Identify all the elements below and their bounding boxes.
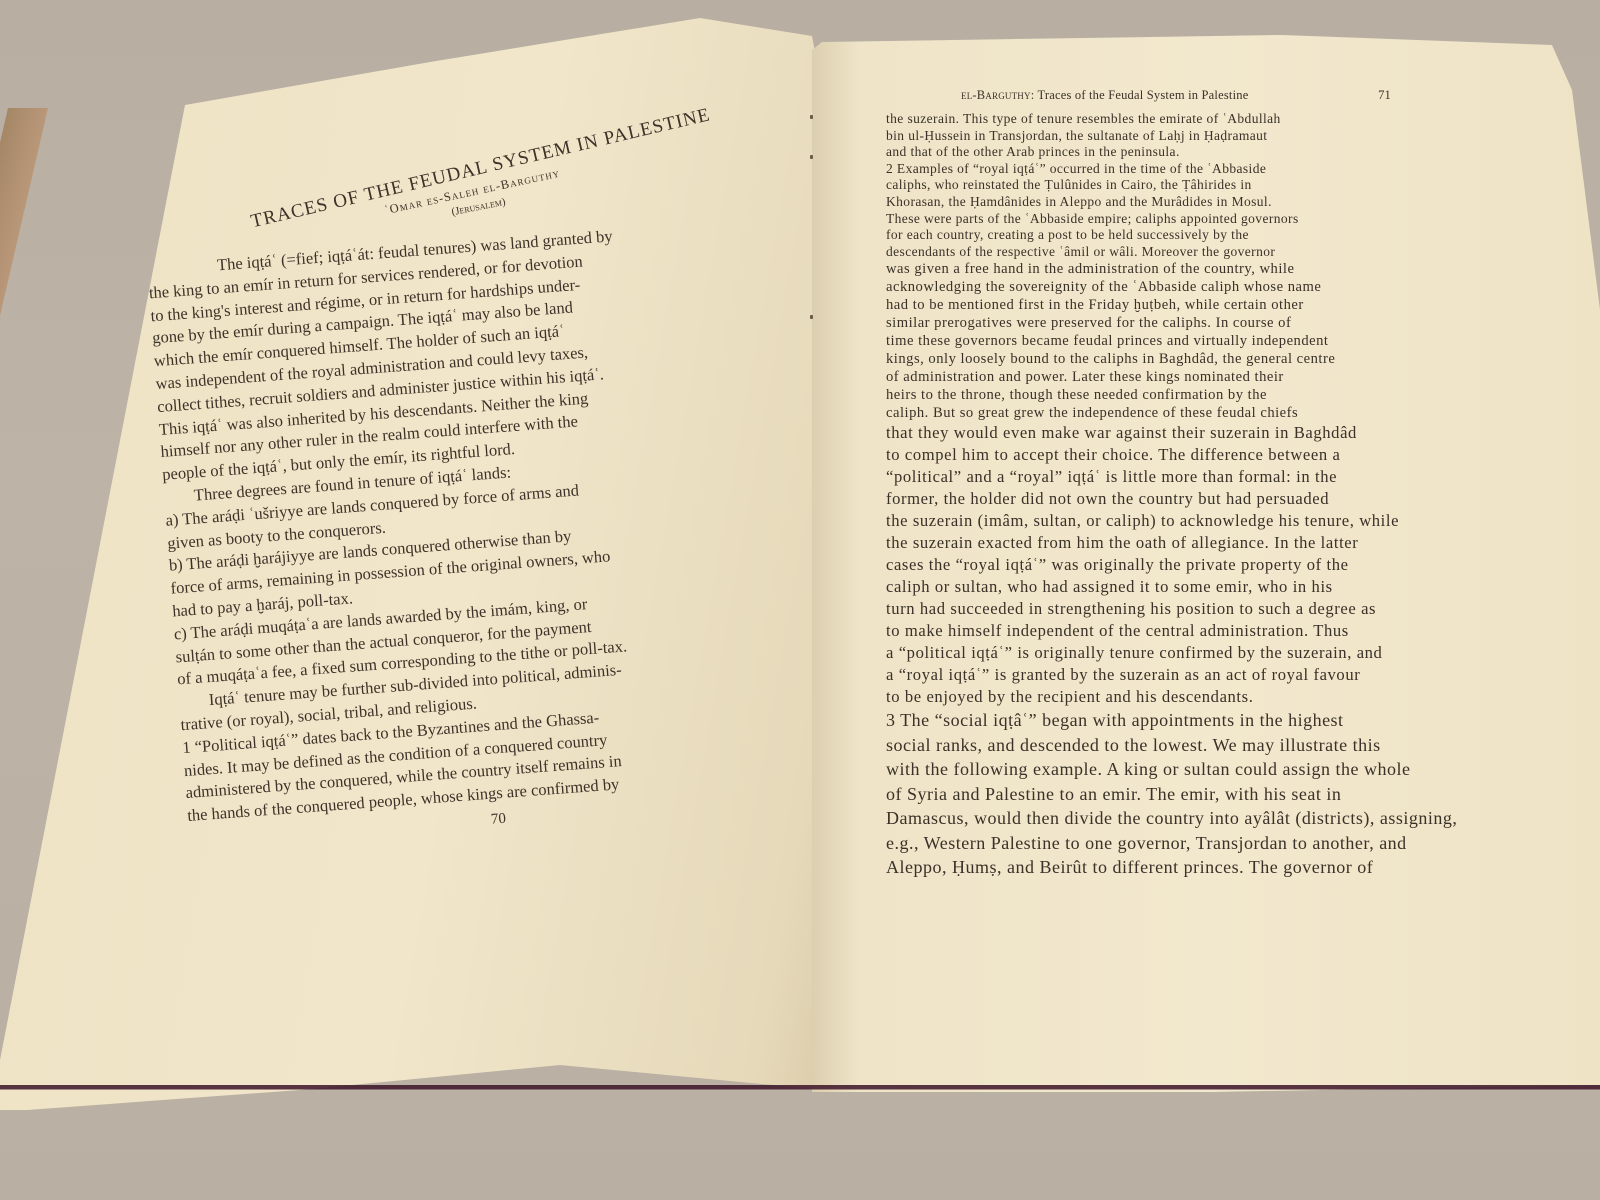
text-line: of Syria and Palestine to an emir. The e… — [886, 782, 1536, 807]
text-line: a “royal iqṭáʿ” is granted by the suzera… — [886, 664, 1536, 686]
text-line: e.g., Western Palestine to one governor,… — [886, 831, 1536, 856]
left-body-text: The iqṭáʿ (=fief; iqṭáʿát: feudal tenure… — [146, 214, 806, 828]
text-line: caliph or sultan, who had assigned it to… — [886, 576, 1536, 598]
text-line: time these governors became feudal princ… — [886, 332, 1536, 350]
text-line: to make himself independent of the centr… — [886, 620, 1536, 642]
text-line: with the following example. A king or su… — [886, 757, 1536, 782]
text-line: caliphs, who reinstated the Ṭulûnides in… — [886, 177, 1536, 194]
text-line: to be enjoyed by the recipient and his d… — [886, 686, 1536, 708]
text-line: descendants of the respective ʿâmil or w… — [886, 244, 1536, 261]
page-number-right: 71 — [1378, 88, 1391, 103]
text-line: 3 The “social iqṭâʿ” began with appointm… — [886, 708, 1536, 733]
text-line: acknowledging the sovereignity of the ʿA… — [886, 278, 1536, 296]
running-head: el-Barguthy: Traces of the Feudal System… — [961, 88, 1391, 103]
running-head-text: el-Barguthy: Traces of the Feudal System… — [961, 88, 1248, 103]
left-page-content: TRACES OF THE FEUDAL SYSTEM IN PALESTINE… — [141, 137, 808, 851]
text-line: bin ul-Ḥussein in Transjordan, the sulta… — [886, 128, 1536, 145]
text-line: cases the “royal iqṭáʿ” was originally t… — [886, 554, 1536, 576]
text-line: turn had succeeded in strengthening his … — [886, 598, 1536, 620]
text-line: former, the holder did not own the count… — [886, 488, 1536, 510]
text-line: and that of the other Arab princes in th… — [886, 144, 1536, 161]
text-line: 2 Examples of “royal iqṭáʿ” occurred in … — [886, 161, 1536, 178]
text-line: Aleppo, Ḥumṣ, and Beirût to different pr… — [886, 855, 1536, 880]
text-line: kings, only loosely bound to the caliphs… — [886, 350, 1536, 368]
text-line: These were parts of the ʿAbbaside empire… — [886, 211, 1536, 228]
text-line: a “political iqṭáʿ” is originally tenure… — [886, 642, 1536, 664]
text-line: to compel him to accept their choice. Th… — [886, 444, 1536, 466]
page-stack-edge — [0, 1085, 1600, 1125]
text-line: “political” and a “royal” iqṭáʿ is littl… — [886, 466, 1536, 488]
text-line: was given a free hand in the administrat… — [886, 260, 1536, 278]
text-line: caliph. But so great grew the independen… — [886, 404, 1536, 422]
right-page-content: el-Barguthy: Traces of the Feudal System… — [886, 88, 1536, 880]
right-body-text: the suzerain. This type of tenure resemb… — [886, 111, 1536, 880]
text-line: the suzerain exacted from him the oath o… — [886, 532, 1536, 554]
text-line: Damascus, would then divide the country … — [886, 806, 1536, 831]
text-line: the suzerain (imâm, sultan, or caliph) t… — [886, 510, 1536, 532]
text-line: that they would even make war against th… — [886, 422, 1536, 444]
binding-staples — [810, 115, 816, 345]
text-line: heirs to the throne, though these needed… — [886, 386, 1536, 404]
text-line: social ranks, and descended to the lowes… — [886, 733, 1536, 758]
text-line: of administration and power. Later these… — [886, 368, 1536, 386]
text-line: for each country, creating a post to be … — [886, 227, 1536, 244]
text-line: similar prerogatives were preserved for … — [886, 314, 1536, 332]
text-line: Khorasan, the Ḥamdânides in Aleppo and t… — [886, 194, 1536, 211]
text-line: had to be mentioned first in the Friday … — [886, 296, 1536, 314]
text-line: the suzerain. This type of tenure resemb… — [886, 111, 1536, 128]
